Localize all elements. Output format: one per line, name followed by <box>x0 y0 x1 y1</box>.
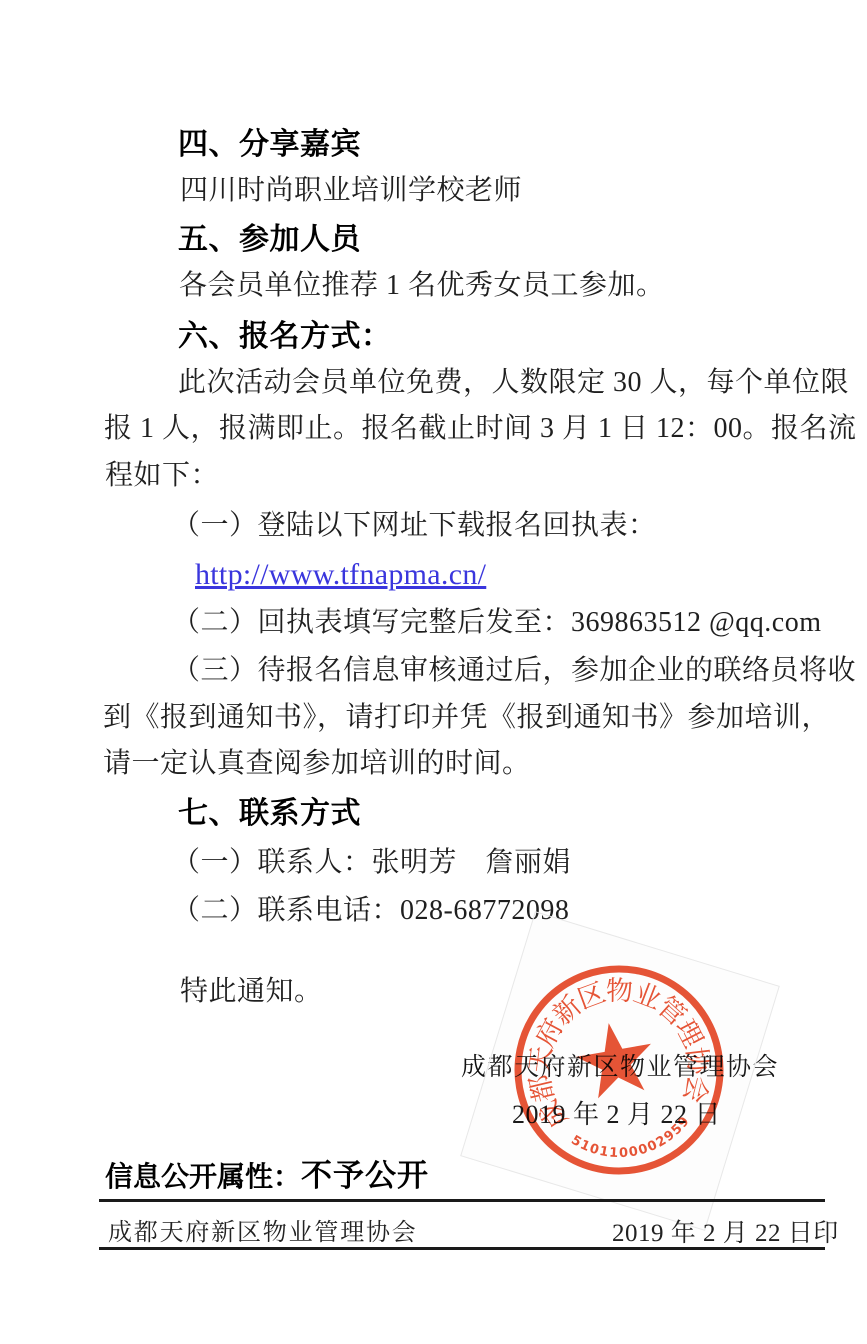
contact-person-line: （一）联系人：张明芳 詹丽娟 <box>172 849 571 877</box>
separator-line-bottom <box>99 1247 825 1250</box>
footer-org: 成都天府新区物业管理协会 <box>108 1212 418 1247</box>
body-line: 各会员单位推荐 1 名优秀女员工参加。 <box>179 272 665 300</box>
body-line: （三）待报名信息审核通过后，参加企业的联络员将收 <box>172 657 856 685</box>
footer-print-date: 2019 年 2 月 22 日印 <box>612 1213 839 1249</box>
body-line: 请一定认真查阅参加培训的时间。 <box>103 750 531 778</box>
seal-graphic: 成都天府新区物业管理协会 5101100002959 <box>480 931 758 1209</box>
closing-line: 特此通知。 <box>180 978 323 1006</box>
registration-url-line: http://www.tfnapma.cn/ <box>195 560 486 590</box>
separator-line-top <box>99 1199 825 1202</box>
body-line: （二）回执表填写完整后发至：369863512 @qq.com <box>172 609 822 637</box>
registration-link[interactable]: http://www.tfnapma.cn/ <box>195 558 486 591</box>
svg-text:都: 都 <box>524 1072 559 1105</box>
disclosure-line: 信息公开属性：不予公开 <box>105 1160 429 1191</box>
document-page: 四、分享嘉宾 四川时尚职业培训学校老师 五、参加人员 各会员单位推荐 1 名优秀… <box>0 0 867 1344</box>
svg-text:1: 1 <box>609 1146 619 1162</box>
section-heading-4: 四、分享嘉宾 <box>178 130 361 160</box>
body-line: （一）登陆以下网址下载报名回执表： <box>172 512 657 540</box>
svg-text:会: 会 <box>678 1072 714 1105</box>
section-heading-5: 五、参加人员 <box>178 225 361 255</box>
contact-phone-line: （二）联系电话：028-68772098 <box>172 897 569 925</box>
body-line: 此次活动会员单位免费，人数限定 30 人，每个单位限 <box>178 369 849 397</box>
body-line: 报 1 人，报满即止。报名截止时间 3 月 1 日 12：00。报名流 <box>104 415 857 443</box>
svg-text:0: 0 <box>619 1146 629 1161</box>
seal-star-icon <box>571 1016 658 1100</box>
body-line: 到《报到通知书》，请打印并凭《报到通知书》参加培训， <box>103 704 830 732</box>
disclosure-label: 信息公开属性： <box>105 1161 301 1192</box>
section-heading-6: 六、报名方式： <box>178 322 392 352</box>
official-seal: 成都天府新区物业管理协会 5101100002959 <box>480 931 758 1209</box>
section-heading-7: 七、联系方式 <box>178 799 361 829</box>
body-line: 四川时尚职业培训学校老师 <box>180 177 522 205</box>
svg-text:物: 物 <box>606 976 633 1006</box>
body-line: 程如下： <box>105 462 219 490</box>
disclosure-value: 不予公开 <box>301 1158 429 1193</box>
